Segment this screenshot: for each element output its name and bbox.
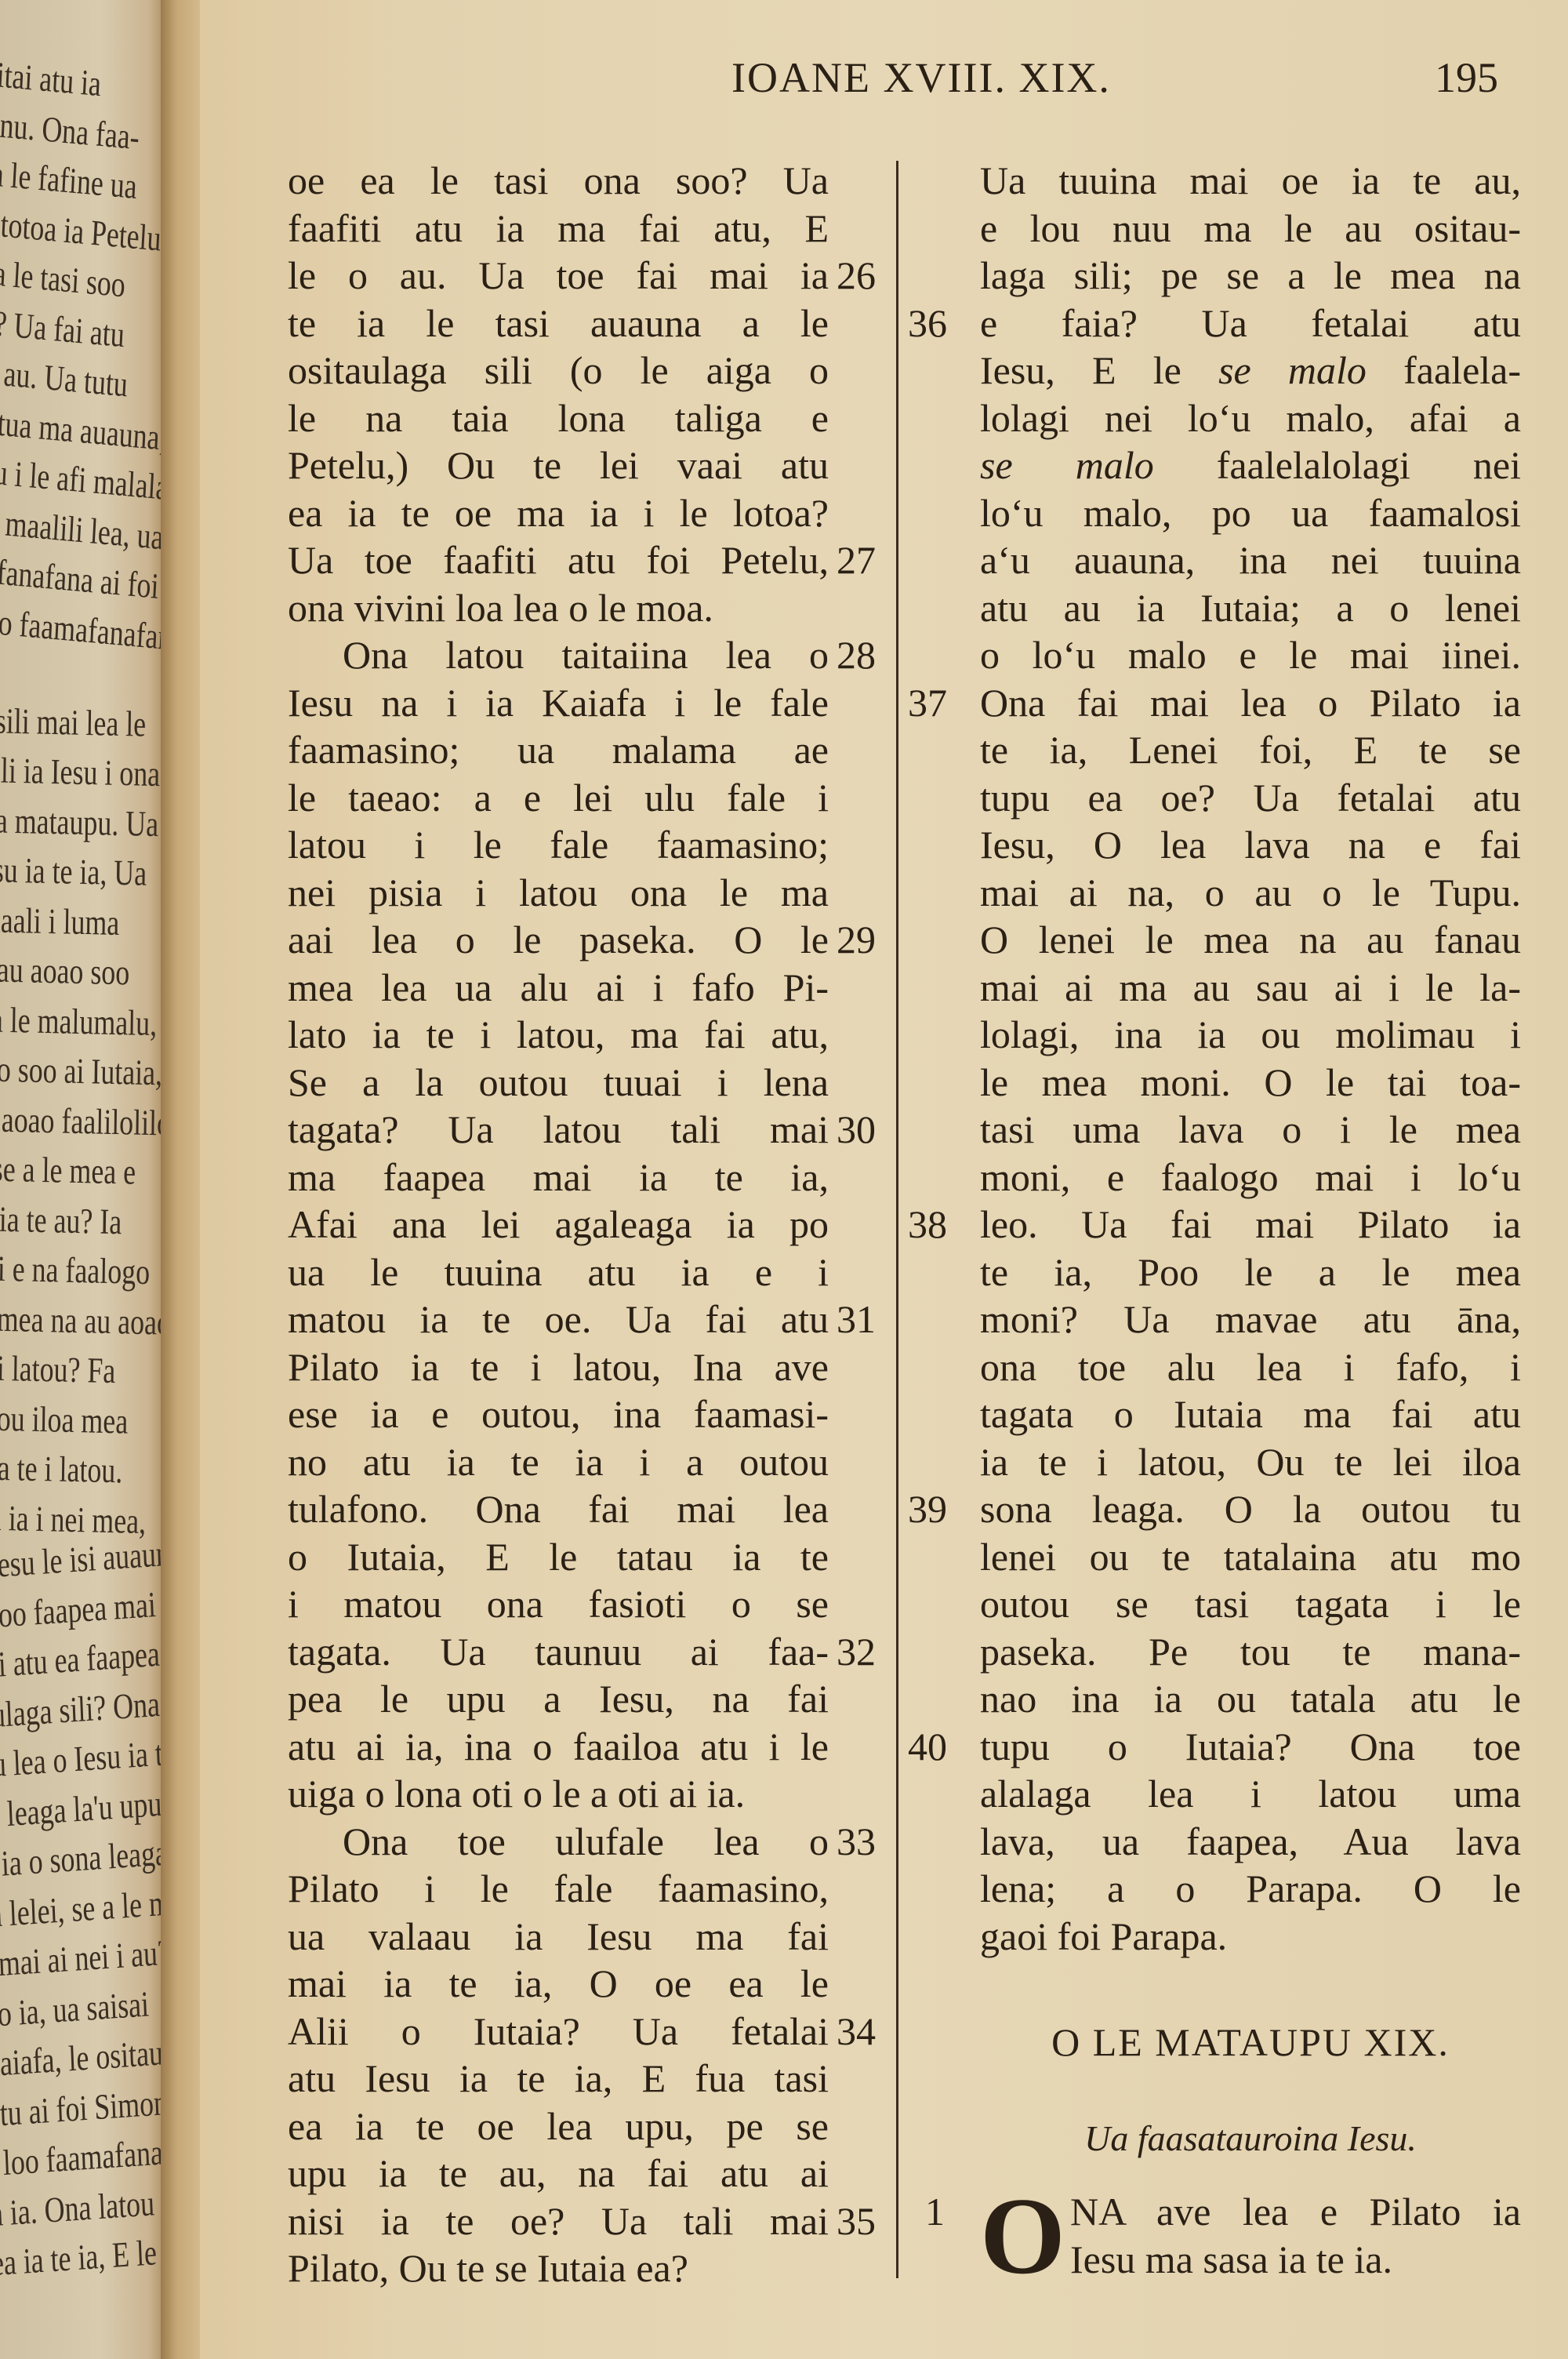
- text-line: nisi ia te oe? Ua tali mai35: [288, 2197, 829, 2245]
- text-line: o lo‘u malo e le mai iinei.: [980, 631, 1521, 679]
- line-text: upu ia te au, na fai atu ai: [288, 2151, 829, 2195]
- facing-page-line: esili mai lea le: [0, 703, 147, 743]
- text-line: ua le tuuina atu ia e i: [288, 1249, 829, 1296]
- line-text: gaoi foi Parapa.: [980, 1914, 1227, 1958]
- text-line: ia te i latou, Ou te lei iloa: [980, 1438, 1521, 1486]
- line-text: Iesu, O lea lava na e fai: [980, 823, 1521, 867]
- text-line: no atu ia te ia i a outou: [288, 1438, 829, 1486]
- text-line: Pilato ia te i latou, Ina ave: [288, 1343, 829, 1391]
- text-line: nao ina ia ou tatala atu le: [980, 1675, 1521, 1723]
- text-line: ea ia te oe lea upu, pe se: [288, 2103, 829, 2150]
- line-text: O lenei le mea na au fanau: [980, 918, 1521, 961]
- line-text: Pilato i le fale faamasino,: [288, 1866, 829, 1910]
- line-text: te ia, Poo le a le mea: [980, 1250, 1521, 1294]
- line-text: se malo faalelalolagi nei: [980, 443, 1521, 487]
- text-line: te ia le tasi auauna a le: [288, 300, 829, 347]
- text-line: o Iutaia, E le tatau ia te: [288, 1533, 829, 1581]
- line-text: ea ia te oe lea upu, pe se: [288, 2104, 829, 2148]
- line-text: laga sili; pe se a le mea na: [980, 253, 1521, 297]
- verse-number: 1: [925, 2188, 945, 2236]
- text-line: latou i le fale faamasino;: [288, 821, 829, 869]
- text-line: ositaulaga sili (o le aiga o: [288, 347, 829, 394]
- text-line: Ona toe ulufale lea o33: [288, 1818, 829, 1866]
- facing-page-line: ei aoao faalilolilo: [0, 1101, 169, 1142]
- line-text: mai ai na, o au o le Tupu.: [980, 871, 1521, 914]
- text-line: tupu ea oe? Ua fetalai atu: [980, 774, 1521, 822]
- facing-page-line: o au. Ua tutu: [0, 354, 129, 402]
- text-line: mai ai na, o au o le Tupu.: [980, 869, 1521, 917]
- text-line: Iesu, O lea lava na e fai: [980, 821, 1521, 869]
- verse-number: 40: [908, 1723, 971, 1771]
- text-line: le o au. Ua toe fai mai ia26: [288, 252, 829, 300]
- text-line: lava, ua faapea, Aua lava: [980, 1818, 1521, 1866]
- line-text: lenei ou te tatalaina atu mo: [980, 1535, 1521, 1579]
- text-line: atu Iesu ia te ia, E fua tasi: [288, 2055, 829, 2103]
- text-line: atu ai ia, ina o faailoa atu i le: [288, 1723, 829, 1771]
- verse-number: 38: [908, 1201, 971, 1249]
- line-text: tasi uma lava o i le mea: [980, 1107, 1521, 1151]
- line-text: Pilato, Ou te se Iutaia ea?: [288, 2246, 688, 2290]
- text-line: tagata? Ua latou tali mai30: [288, 1106, 829, 1154]
- facing-page-line: ea le fafine ua: [0, 154, 138, 205]
- line-text: faamasino; ua malama ae: [288, 728, 829, 772]
- line-text: nisi ia te oe? Ua tali mai: [288, 2199, 829, 2243]
- text-line: e faia? Ua fetalai atu36: [980, 300, 1521, 347]
- line-text: le taeao: a e lei ulu fale i: [288, 776, 829, 820]
- line-text: ea ia te oe ma ia i le lotoa?: [288, 491, 829, 535]
- line-text: mea lea ua alu ai i fafo Pi-: [288, 965, 829, 1009]
- facing-page-line: u ia te i latou.: [0, 1449, 123, 1488]
- facing-page-line: na le malumalu,: [0, 1001, 157, 1041]
- line-text: paseka. Pe tou te mana-: [980, 1630, 1521, 1674]
- text-line: te ia, Lenei foi, E te se: [980, 726, 1521, 774]
- text-line: Pilato, Ou te se Iutaia ea?: [288, 2245, 829, 2292]
- facing-page-line: tonu. Ona faa-: [0, 105, 140, 155]
- book-page: IOANE XVIII. XIX. 195 oe ea le tasi ona …: [200, 0, 1568, 2359]
- text-line: Petelu,) Ou te lei vaai atu: [288, 442, 829, 489]
- line-text: oe ea le tasi ona soo? Ua: [288, 158, 829, 202]
- line-text: alalaga lea i latou uma: [980, 1772, 1521, 1816]
- verse-number: 39: [908, 1485, 971, 1533]
- facing-page-line: lea ia te ia, E le o: [0, 2233, 169, 2282]
- text-line: faafiti atu ia ma fai atu, E: [288, 205, 829, 253]
- line-text: e faia? Ua fetalai atu: [980, 301, 1521, 345]
- line-text: nao ina ia ou tatala atu le: [980, 1677, 1521, 1721]
- line-text: leo. Ua fai mai Pilato ia: [980, 1202, 1521, 1246]
- right-column: Ua tuuina mai oe ia te au,e lou nuu ma l…: [980, 157, 1521, 1960]
- text-line: Alii o Iutaia? Ua fetalai34: [288, 2008, 829, 2055]
- facing-page-line: ua lelei, se a le mea: [0, 1883, 169, 1934]
- text-line: gaoi foi Parapa.: [980, 1913, 1521, 1961]
- facing-page-line: e se a le mea e: [0, 1150, 136, 1190]
- line-text: Afai ana lei agaleaga ia po: [288, 1202, 829, 1246]
- line-text: ona toe alu lea i fafo, i: [980, 1345, 1521, 1389]
- text-line: lato ia te i latou, ma fai atu,: [288, 1011, 829, 1059]
- facing-page-line: faaali i luma: [0, 902, 120, 941]
- line-text: latou i le fale faamasino;: [288, 823, 829, 867]
- facing-page-line: afanafana ai foi: [0, 553, 160, 605]
- text-line: Pilato i le fale faamasino,: [288, 1865, 829, 1913]
- line-text: ona vivini loa lea o le moa.: [288, 586, 713, 630]
- text-line: Se a la outou tuuai i lena: [288, 1059, 829, 1107]
- column-divider: [896, 161, 898, 2278]
- text-line: i matou ona fasioti o se: [288, 1580, 829, 1628]
- text-line: alalaga lea i latou uma: [980, 1770, 1521, 1818]
- facing-page-line: ua leaga la'u upu: [0, 1785, 162, 1834]
- facing-page-line: na mataupu. Ua: [0, 802, 158, 842]
- facing-page-line: Kaiafa, le ositaulaga: [0, 2031, 169, 2083]
- text-line: tulafono. Ona fai mai lea: [288, 1485, 829, 1533]
- text-line: lo‘u malo, po ua faamalosi: [980, 489, 1521, 537]
- facing-page-line: tali atu ea faapea: [0, 1636, 161, 1685]
- line-text: Petelu,) Ou te lei vaai atu: [288, 443, 829, 487]
- left-column: oe ea le tasi ona soo? Uafaafiti atu ia …: [288, 157, 829, 2292]
- text-line: oe ea le tasi ona soo? Ua: [288, 157, 829, 205]
- line-text: Alii o Iutaia? Ua fetalai: [288, 2009, 829, 2053]
- text-line: Iesu ma sasa ia te ia.: [1070, 2236, 1521, 2284]
- text-line: ese ia e outou, ina faamasi-: [288, 1390, 829, 1438]
- text-line: e lou nuu ma le au ositau-: [980, 205, 1521, 253]
- line-text: ositaulaga sili (o le aiga o: [288, 348, 829, 392]
- text-line: upu ia te au, na fai atu ai: [288, 2150, 829, 2197]
- line-text: mai ai ma au sau ai i le la-: [980, 965, 1521, 1009]
- line-text: Ona fai mai lea o Pilato ia: [980, 681, 1521, 725]
- line-text: atu Iesu ia te ia, E fua tasi: [288, 2056, 829, 2100]
- text-line: pea le upu a Iesu, na fai: [288, 1675, 829, 1723]
- line-text: tagata? Ua latou tali mai: [288, 1107, 829, 1151]
- facing-page-line: u maalili lea, ua: [0, 503, 165, 555]
- text-line: te ia, Poo le a le mea: [980, 1249, 1521, 1296]
- text-line: tasi uma lava o i le mea: [980, 1106, 1521, 1154]
- line-text: pea le upu a Iesu, na fai: [288, 1677, 829, 1721]
- line-text: Ona toe ulufale lea o: [343, 1819, 829, 1863]
- line-text: sona leaga. O la outou tu: [980, 1487, 1521, 1531]
- facing-page-line: o mai ai nei i au?: [0, 1935, 169, 1983]
- facing-page-line: a au aoao soo: [0, 951, 130, 990]
- line-text: moni, e faalogo mai i lo‘u: [980, 1155, 1521, 1199]
- line-text: lolagi, ina ia ou molimau i: [980, 1012, 1521, 1056]
- line-text: Iesu na i ia Kaiafa i le fale: [288, 681, 829, 725]
- text-line: tagata o Iutaia ma fai atu: [980, 1390, 1521, 1438]
- facing-page-line: latou iloa mea: [0, 1400, 129, 1440]
- verse-number: 36: [908, 300, 971, 347]
- text-line: le mea moni. O le tai toa-: [980, 1059, 1521, 1107]
- text-line: Iesu na i ia Kaiafa i le fale: [288, 679, 829, 727]
- text-line: Afai ana lei agaleaga ia po: [288, 1201, 829, 1249]
- text-line: outou se tasi tagata i le: [980, 1580, 1521, 1628]
- line-text: ese ia e outou, ina faamasi-: [288, 1392, 829, 1436]
- line-text: lo‘u malo, po ua faamalosi: [980, 491, 1521, 535]
- line-text: ma faapea mai ia te ia,: [288, 1155, 829, 1199]
- line-text: a‘u auauna, ina nei tuuina: [980, 538, 1521, 582]
- facing-page-line: atu lea o Iesu ia te: [0, 1735, 169, 1784]
- facing-page: taitai atu iatonu. Ona faa-ea le fafine …: [0, 0, 169, 2359]
- line-text: le o au. Ua toe fai mai ia: [288, 253, 829, 297]
- text-line: sona leaga. O la outou tu39: [980, 1485, 1521, 1533]
- line-text: e lou nuu ma le au ositau-: [980, 206, 1521, 250]
- line-text: Se a la outou tuuai i lena: [288, 1060, 829, 1104]
- line-text: i matou ona fasioti o se: [288, 1582, 829, 1626]
- line-text: ua valaau ia Iesu ma fai: [288, 1914, 829, 1958]
- line-text: lava, ua faapea, Aua lava: [980, 1819, 1521, 1863]
- facing-page-line: a o ia, ua saisai: [0, 1986, 150, 2034]
- page-number: 195: [1435, 53, 1498, 102]
- line-text: mai ia te ia, O oe ea le: [288, 1961, 829, 2005]
- text-line: nei pisia i latou ona le ma: [288, 869, 829, 917]
- text-line: Iesu, E le se malo faalela-: [980, 347, 1521, 394]
- chapter-first-verse: 1 O NA ave lea e Pilato ia Iesu ma sasa …: [980, 2188, 1521, 2283]
- chapter-summary: Ua faasatauroina Iesu.: [980, 2117, 1521, 2159]
- line-text: tagata o Iutaia ma fai atu: [980, 1392, 1521, 1436]
- facing-page-line: aitotoa ia Petelu,: [0, 205, 169, 257]
- line-text: le mea moni. O le tai toa-: [980, 1060, 1521, 1104]
- facing-page-line: ai ia o sona leaga: [0, 1834, 169, 1884]
- facing-page-line: ala ia i nei mea,: [0, 1499, 146, 1539]
- line-text: o Iutaia, E le tatau ia te: [288, 1535, 829, 1579]
- line-text: Ua toe faafiti atu foi Petelu,: [288, 538, 829, 582]
- text-line: leo. Ua fai mai Pilato ia38: [980, 1201, 1521, 1249]
- facing-page-line: le mea na au aoao: [0, 1300, 169, 1341]
- line-text: tulafono. Ona fai mai lea: [288, 1487, 829, 1531]
- text-line: aai lea o le paseka. O le29: [288, 916, 829, 964]
- verse-number: 37: [908, 679, 971, 727]
- facing-page-line: ai i e na faalogo: [0, 1250, 151, 1290]
- line-text: o lo‘u malo e le mai iinei.: [980, 633, 1521, 677]
- text-line: le taeao: a e lei ulu fale i: [288, 774, 829, 822]
- line-text: Ua tuuina mai oe ia te au,: [980, 158, 1521, 202]
- text-line: ona vivini loa lea o le moa.: [288, 584, 829, 632]
- line-text: te ia, Lenei foi, E te se: [980, 728, 1521, 772]
- facing-page-line: a tu ai foi Simona: [0, 2083, 169, 2132]
- text-line: Ona latou taitaiina lea o28: [288, 631, 829, 679]
- text-line: moni, e faalogo mai i lo‘u: [980, 1154, 1521, 1201]
- text-line: mai ia te ia, O oe ea le: [288, 1960, 829, 2008]
- text-line: paseka. Pe tou te mana-: [980, 1628, 1521, 1676]
- text-line: NA ave lea e Pilato ia: [1070, 2188, 1521, 2236]
- facing-page-line: te i latou? Fa: [0, 1350, 115, 1389]
- facing-page-line: oo faamafanafana: [0, 603, 169, 657]
- line-text: te ia le tasi auauna a le: [288, 301, 829, 345]
- chapter-heading: O LE MATAUPU XIX.: [980, 2019, 1521, 2065]
- text-line: faamasino; ua malama ae: [288, 726, 829, 774]
- line-text: atu ai ia, ina o faailoa atu i le: [288, 1725, 829, 1768]
- text-line: mai ai ma au sau ai i le la-: [980, 964, 1521, 1012]
- facing-page-line: a Iesu le isi auauna: [0, 1535, 169, 1585]
- text-line: lena; a o Parapa. O le: [980, 1865, 1521, 1913]
- facing-page-line: taitai atu ia: [0, 55, 102, 102]
- line-text: tupu o Iutaia? Ona toe: [980, 1725, 1521, 1768]
- text-line: uiga o lona oti o le a oti ai ia.: [288, 1770, 829, 1818]
- text-line: tagata. Ua taunuu ai faa-32: [288, 1628, 829, 1676]
- text-line: ma faapea mai ia te ia,: [288, 1154, 829, 1201]
- line-text: ia te i latou, Ou te lei iloa: [980, 1440, 1521, 1484]
- text-line: ua valaau ia Iesu ma fai: [288, 1913, 829, 1961]
- running-head: IOANE XVIII. XIX.: [647, 53, 1196, 102]
- facing-page-line: sili ia Iesu i ona: [0, 752, 161, 792]
- line-text: no atu ia te ia i a outou: [288, 1440, 829, 1484]
- facing-page-line: taulaga sili? Ona: [0, 1685, 161, 1734]
- line-text: matou ia te oe. Ua fai atu: [288, 1297, 829, 1341]
- line-text: nei pisia i latou ona le ma: [288, 871, 829, 914]
- text-line: laga sili; pe se a le mea na: [980, 252, 1521, 300]
- text-line: ea ia te oe ma ia i le lotoa?: [288, 489, 829, 537]
- line-text: lolagi nei lo‘u malo, afai a: [980, 396, 1521, 440]
- facing-page-line: a? Ua fai atu: [0, 304, 125, 353]
- facing-page-line: esu ia te ia, Ua: [0, 852, 147, 892]
- facing-page-line: ea le tasi soo: [0, 254, 126, 303]
- line-text: Iesu, E le se malo faalela-: [980, 348, 1521, 392]
- facing-page-line: oto soo ai Iutaia,: [0, 1051, 163, 1091]
- text-line: ona toe alu lea i fafo, i: [980, 1343, 1521, 1391]
- text-line: lolagi, ina ia ou molimau i: [980, 1011, 1521, 1059]
- line-text: moni? Ua mavae atu āna,: [980, 1297, 1521, 1341]
- text-line: atu au ia Iutaia; a o lenei: [980, 584, 1521, 632]
- text-line: moni? Ua mavae atu āna,: [980, 1296, 1521, 1343]
- line-text: lena; a o Parapa. O le: [980, 1866, 1521, 1910]
- text-line: tupu o Iutaia? Ona toe40: [980, 1723, 1521, 1771]
- line-text: tagata. Ua taunuu ai faa-: [288, 1630, 829, 1674]
- line-text: uiga o lona oti o le a oti ai ia.: [288, 1772, 745, 1816]
- facing-page-line: ia ia. Ona latou: [0, 2185, 155, 2233]
- line-text: tupu ea oe? Ua fetalai atu: [980, 776, 1521, 820]
- text-line: lenei ou te tatalaina atu mo: [980, 1533, 1521, 1581]
- facing-page-line: o loo faamafanafana: [0, 2131, 169, 2183]
- text-line: Ua toe faafiti atu foi Petelu,27: [288, 536, 829, 584]
- line-text: atu au ia Iutaia; a o lenei: [980, 586, 1521, 630]
- text-line: Ua tuuina mai oe ia te au,: [980, 157, 1521, 205]
- text-line: Ona fai mai lea o Pilato ia37: [980, 679, 1521, 727]
- text-line: le na taia lona taliga e: [288, 394, 829, 442]
- line-text: le na taia lona taliga e: [288, 396, 829, 440]
- text-line: mea lea ua alu ai i fafo Pi-: [288, 964, 829, 1012]
- drop-cap: O: [980, 2182, 1065, 2292]
- line-text: faafiti atu ia ma fai atu, E: [288, 206, 829, 250]
- line-text: ua le tuuina atu ia e i: [288, 1250, 829, 1294]
- text-line: matou ia te oe. Ua fai atu31: [288, 1296, 829, 1343]
- text-line: lolagi nei lo‘u malo, afai a: [980, 394, 1521, 442]
- facing-page-line: o loo faapea mai: [0, 1587, 157, 1635]
- facing-page-line: ai ia te au? Ia: [0, 1201, 122, 1240]
- line-text: Ona latou taitaiina lea o: [343, 633, 829, 677]
- line-text: Pilato ia te i latou, Ina ave: [288, 1345, 829, 1389]
- line-text: lato ia te i latou, ma fai atu,: [288, 1012, 829, 1056]
- line-text: aai lea o le paseka. O le: [288, 918, 829, 961]
- text-line: se malo faalelalolagi nei: [980, 442, 1521, 489]
- line-text: outou se tasi tagata i le: [980, 1582, 1521, 1626]
- text-line: a‘u auauna, ina nei tuuina: [980, 536, 1521, 584]
- text-line: O lenei le mea na au fanau: [980, 916, 1521, 964]
- facing-page-line: utua ma auauna,: [0, 404, 168, 456]
- facing-page-line: fu i le afi malala,: [0, 453, 169, 507]
